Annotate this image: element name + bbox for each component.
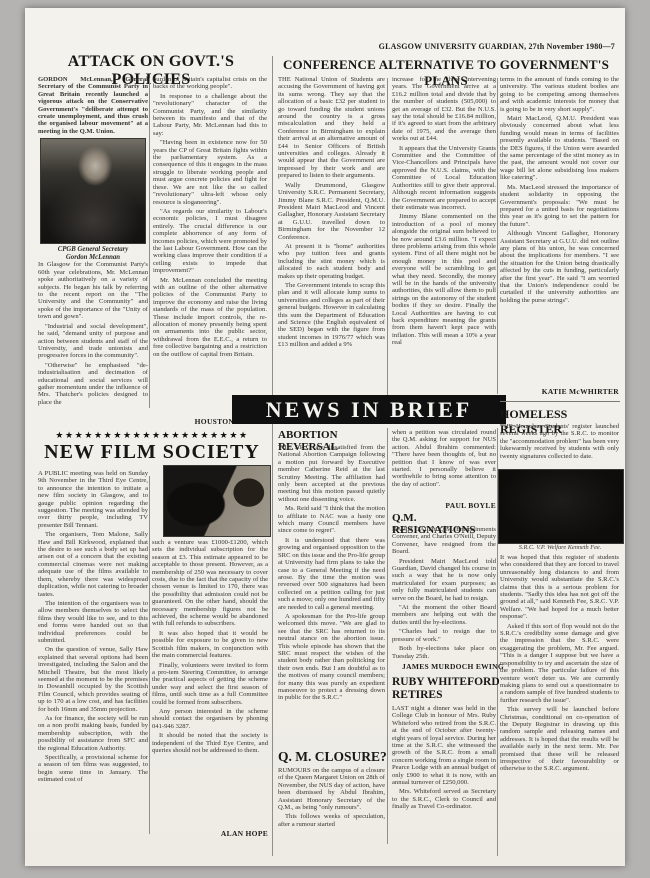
paragraph: Finally, volunteers were invited to form… xyxy=(152,662,268,706)
column-divider xyxy=(387,78,388,396)
column-divider xyxy=(387,428,388,844)
ruby-whiteford-text: LAST night a dinner was held in the Coll… xyxy=(392,705,496,847)
masthead: GLASGOW UNIVERSITY GUARDIAN, 27th Novemb… xyxy=(235,42,615,51)
attack-lead-paragraph: GORDON McLennan, General Secretary of th… xyxy=(38,76,148,135)
ruby-whiteford-headline-line2: RETIRES xyxy=(392,689,504,701)
paragraph: "At the moment the other Board members a… xyxy=(392,604,496,626)
resignations-byline: JAMES MURDOCH EWING xyxy=(392,662,504,671)
paragraph: DAVID DALEY Q.M. Entertainments Convener… xyxy=(392,526,496,556)
paragraph: terms in the amount of funds coming to t… xyxy=(500,76,619,113)
attack-column-2: burden of Britain's capitalist crisis on… xyxy=(153,76,267,414)
ruby-whiteford-paragraphs: LAST night a dinner was held in the Coll… xyxy=(392,705,496,811)
attack-column-1: GORDON McLennan, General Secretary of th… xyxy=(38,76,148,410)
paragraph: Specifically, a provisional scheme for a… xyxy=(38,754,148,784)
film-society-headline: NEW FILM SOCIETY xyxy=(33,441,271,464)
qm-resignations-text: DAVID DALEY Q.M. Entertainments Convener… xyxy=(392,526,496,660)
paragraph: THE S.R.C. are dissatisfied from the Nat… xyxy=(278,444,385,503)
paragraph: At present it is "home" authorities who … xyxy=(278,243,385,280)
closure-byline: PAUL BOYLE xyxy=(392,501,496,510)
paragraph: It appears that the University Grants Co… xyxy=(392,145,496,212)
paragraph: President Mairi MacLeod told Guardian, D… xyxy=(392,558,496,602)
paragraph: In Glasgow for the Communist Party's 60t… xyxy=(38,261,148,320)
conference-column-1-text: THE National Union of Students are accus… xyxy=(278,76,385,349)
stars-divider: ★★★★★★★★★★★★★★★★★★★★ xyxy=(33,430,271,441)
attack-column-2-text: burden of Britain's capitalist crisis on… xyxy=(153,76,267,358)
paragraph: LAST night a dinner was held in the Coll… xyxy=(392,705,496,786)
paragraph: It is understood that there was growing … xyxy=(278,537,385,611)
qm-closure-continuation-text: when a petition was circulated round the… xyxy=(392,429,496,488)
conference-column-2-text: increase for the three intervening years… xyxy=(392,76,496,347)
column-divider xyxy=(149,476,150,834)
paragraph: As for finance, the society will be run … xyxy=(38,715,148,752)
paragraph: Mr. McLennan concluded the meeting with … xyxy=(153,277,267,358)
homeless-paragraphs: It was hoped that this register of stude… xyxy=(500,554,619,773)
paragraph: Ms. Reid said "I think that the motion t… xyxy=(278,505,385,535)
qm-closure-headline: Q. M. CLOSURE? xyxy=(278,749,390,765)
qm-closure-paragraphs: RUMOURS on the campus of a closure of th… xyxy=(278,767,385,828)
ruby-whiteford-headline-line1: RUBY WHITEFORD xyxy=(392,676,504,688)
qm-closure-text: RUMOURS on the campus of a closure of th… xyxy=(278,767,385,853)
film-byline: ALAN HOPE xyxy=(152,829,268,838)
paragraph: It was hoped that this register of stude… xyxy=(500,554,619,621)
paragraph: RUMOURS on the campus of a closure of th… xyxy=(278,767,385,811)
paragraph: Mrs. Whiteford served as Secretary to th… xyxy=(392,788,496,810)
paragraph: Any person interested in the scheme shou… xyxy=(152,708,268,730)
paragraph: Jimmy Blane commented on the introductio… xyxy=(392,213,496,346)
paragraph: THE Homeless Students' register launched… xyxy=(500,423,619,460)
paragraph: "Charles had to resign due to pressure o… xyxy=(392,628,496,643)
paragraph: THE National Union of Students are accus… xyxy=(278,76,385,180)
attack-column-1-text: In Glasgow for the Communist Party's 60t… xyxy=(38,261,148,406)
abortion-reversal-text: THE S.R.C. are dissatisfied from the Nat… xyxy=(278,444,385,746)
mclennan-photo-caption: CPGB General Secretary Gordon McLennan xyxy=(38,246,148,261)
paragraph: Wally Drummond, Glasgow University S.R.C… xyxy=(278,182,385,241)
paragraph: burden of Britain's capitalist crisis on… xyxy=(153,76,267,91)
paragraph: The intention of the organisers was to a… xyxy=(38,600,148,644)
paragraph: when a petition was circulated round the… xyxy=(392,429,496,488)
film-column-1: A PUBLIC meeting was held on Sunday 9th … xyxy=(38,470,148,844)
paragraph: The Government intends to scrap this pla… xyxy=(278,282,385,349)
paragraph: Although Vincent Gallagher, Honorary Ass… xyxy=(500,230,619,304)
paragraph: "Industrial and social development", he … xyxy=(38,323,148,360)
paragraph: "Having been in existence now for 50 yea… xyxy=(153,139,267,206)
paragraph: A spokesman for the Pro-life group welco… xyxy=(278,613,385,702)
qm-closure-continuation: when a petition was circulated round the… xyxy=(392,429,496,501)
paragraph: "As regards our similarity to Labour's e… xyxy=(153,208,267,275)
abortion-paragraphs: THE S.R.C. are dissatisfied from the Nat… xyxy=(278,444,385,702)
paragraph: In response to a challenge about the "re… xyxy=(153,93,267,137)
conference-column-2: increase for the three intervening years… xyxy=(392,76,496,398)
homeless-divider xyxy=(500,401,620,402)
column-divider xyxy=(497,78,498,394)
homeless-register-text: It was hoped that this register of stude… xyxy=(500,554,619,856)
column-divider xyxy=(149,78,150,408)
homeless-intro-text: THE Homeless Students' register launched… xyxy=(500,423,619,460)
paragraph: It was also hoped that it would be possi… xyxy=(152,630,268,660)
film-column-2: such a venture was £1000-£1200, which se… xyxy=(152,539,268,825)
conference-column-1: THE National Union of Students are accus… xyxy=(278,76,385,396)
paragraph: "Otherwise" he emphasised "de-industrial… xyxy=(38,362,148,406)
newspaper-page: GLASGOW UNIVERSITY GUARDIAN, 27th Novemb… xyxy=(25,8,625,866)
caption-line: CPGB General Secretary xyxy=(58,246,129,253)
kenneth-fee-photo xyxy=(498,469,624,544)
paragraph: increase for the three intervening years… xyxy=(392,76,496,143)
paragraph: Both by-elections take place on Tuesday … xyxy=(392,645,496,660)
film-column-1-text: A PUBLIC meeting was held on Sunday 9th … xyxy=(38,470,148,784)
paragraph: Ms. MacLeod stressed the importance of s… xyxy=(500,184,619,228)
caption-line: Gordon McLennan xyxy=(66,254,120,261)
news-in-brief-banner: NEWS IN BRIEF xyxy=(232,395,506,424)
kenneth-fee-photo-caption: S.R.C. V.P. Welfare Kenneth Fee. xyxy=(498,544,622,551)
conference-column-3: terms in the amount of funds coming to t… xyxy=(500,76,619,384)
homeless-register-intro: THE Homeless Students' register launched… xyxy=(500,423,619,468)
paragraph: This survey will be launched before Chri… xyxy=(500,706,619,773)
film-column-2-text: such a venture was £1000-£1200, which se… xyxy=(152,539,268,754)
paragraph: On the question of venue, Sally Haw expl… xyxy=(38,646,148,713)
paragraph: This follows weeks of speculation, after… xyxy=(278,813,385,828)
qm-resignations-paragraphs: DAVID DALEY Q.M. Entertainments Convener… xyxy=(392,526,496,660)
mclennan-photo xyxy=(40,138,146,244)
paragraph: such a venture was £1000-£1200, which se… xyxy=(152,539,268,628)
conference-byline: KATIE McWHIRTER xyxy=(500,387,619,396)
paragraph: A PUBLIC meeting was held on Sunday 9th … xyxy=(38,470,148,529)
conference-column-3-text: terms in the amount of funds coming to t… xyxy=(500,76,619,304)
section-divider xyxy=(272,56,273,856)
paragraph: It should be noted that the society is i… xyxy=(152,732,268,754)
paragraph: Asked if this sort of flop would not do … xyxy=(500,623,619,704)
paragraph: Mairi MacLeod, Q.M.U. President was obvi… xyxy=(500,115,619,182)
film-camera-photo xyxy=(163,465,271,537)
paragraph: The organisers, Tom Malone, Sally Haw an… xyxy=(38,531,148,598)
